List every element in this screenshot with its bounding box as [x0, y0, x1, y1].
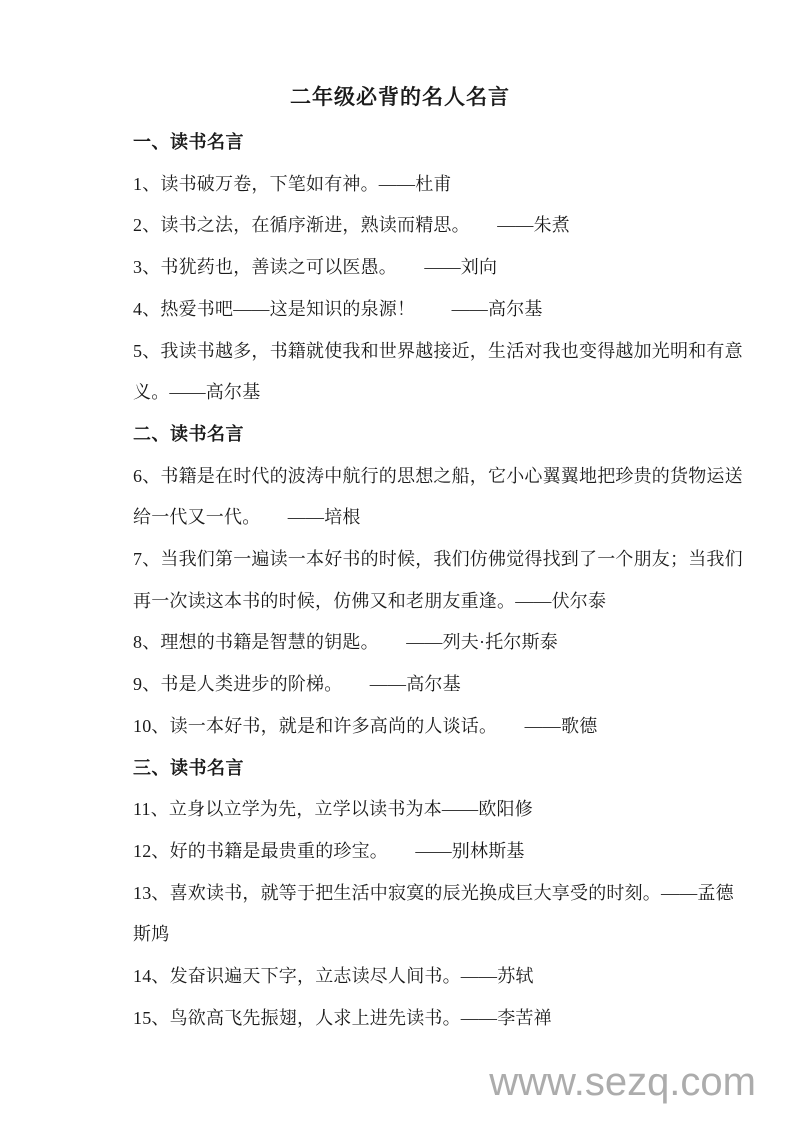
document-body: 一、读书名言 1、读书破万卷，下笔如有神。——杜甫 2、读书之法，在循序渐进，熟… — [133, 122, 749, 1039]
quote-12: 12、好的书籍是最贵重的珍宝。 ——别林斯基 — [133, 831, 749, 873]
quote-6: 6、书籍是在时代的波涛中航行的思想之船，它小心翼翼地把珍贵的货物运送给一代又一代… — [133, 456, 749, 539]
document-page: 二年级必背的名人名言 一、读书名言 1、读书破万卷，下笔如有神。——杜甫 2、读… — [0, 0, 800, 1132]
quote-8: 8、理想的书籍是智慧的钥匙。 ——列夫·托尔斯泰 — [133, 622, 749, 664]
quote-1: 1、读书破万卷，下笔如有神。——杜甫 — [133, 164, 749, 206]
section-1-heading: 一、读书名言 — [133, 122, 749, 164]
section-3-heading: 三、读书名言 — [133, 748, 749, 790]
quote-2: 2、读书之法，在循序渐进，熟读而精思。 ——朱煮 — [133, 205, 749, 247]
quote-3: 3、书犹药也，善读之可以医愚。 ——刘向 — [133, 247, 749, 289]
quote-4: 4、热爱书吧——这是知识的泉源！ ——高尔基 — [133, 289, 749, 331]
quote-14: 14、发奋识遍天下字，立志读尽人间书。——苏轼 — [133, 956, 749, 998]
section-2-heading: 二、读书名言 — [133, 414, 749, 456]
quote-5: 5、我读书越多，书籍就使我和世界越接近，生活对我也变得越加光明和有意义。——高尔… — [133, 331, 749, 414]
quote-15: 15、鸟欲高飞先振翅，人求上进先读书。——李苦禅 — [133, 998, 749, 1040]
quote-11: 11、立身以立学为先，立学以读书为本——欧阳修 — [133, 789, 749, 831]
quote-13: 13、喜欢读书，就等于把生活中寂寞的辰光换成巨大享受的时刻。——孟德斯鸠 — [133, 873, 749, 956]
quote-9: 9、书是人类进步的阶梯。 ——高尔基 — [133, 664, 749, 706]
quote-10: 10、读一本好书，就是和许多高尚的人谈话。 ——歌德 — [133, 706, 749, 748]
page-title: 二年级必背的名人名言 — [0, 0, 800, 110]
site-watermark: www.sezq.com — [489, 1060, 756, 1104]
quote-7: 7、当我们第一遍读一本好书的时候，我们仿佛觉得找到了一个朋友；当我们再一次读这本… — [133, 539, 749, 622]
